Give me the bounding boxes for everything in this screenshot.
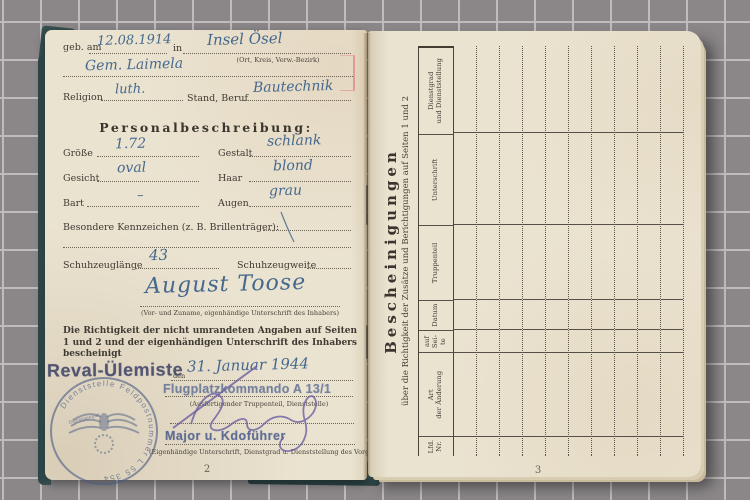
gesicht-label: Gesicht xyxy=(63,173,99,184)
table-empty-row xyxy=(661,46,684,456)
table-empty-cell xyxy=(569,329,591,352)
religion-value: luth. xyxy=(115,82,146,98)
table-empty-cell xyxy=(546,132,568,224)
beruf-value: Bautechnik xyxy=(253,78,334,96)
table-empty-cell xyxy=(523,224,545,299)
table-empty-cell xyxy=(454,132,476,224)
table-empty-cell xyxy=(638,329,660,352)
bescheinigungen-table: Lfd. Nr. Art der Änderung auf Sei- te Da… xyxy=(418,46,684,456)
haar-value: blond xyxy=(273,157,313,174)
table-empty-cell xyxy=(661,329,683,352)
table-empty-cell xyxy=(454,224,476,299)
table-empty-cell xyxy=(546,224,568,299)
table-empty-cell xyxy=(546,299,568,329)
table-empty-cell xyxy=(569,352,591,436)
in-label: in xyxy=(173,43,182,54)
table-empty-cell xyxy=(638,224,660,299)
certification-text: Die Richtigkeit der nicht umrandeten Ang… xyxy=(63,326,357,361)
bescheinigungen-subtitle: über die Richtigkeit der Zusätze und Ber… xyxy=(401,36,411,466)
table-empty-cell xyxy=(615,46,637,132)
table-empty-cell xyxy=(546,352,568,436)
religion-label: Religion xyxy=(63,92,103,103)
superior-signature-line xyxy=(170,411,354,424)
table-empty-cell xyxy=(615,436,637,456)
table-empty-cell xyxy=(638,436,660,456)
table-empty-cell xyxy=(661,299,683,329)
table-empty-cell xyxy=(592,352,614,436)
table-empty-cell xyxy=(500,224,522,299)
page-number-right: 3 xyxy=(518,465,558,476)
table-empty-cell xyxy=(638,132,660,224)
red-frame-mark xyxy=(340,55,355,91)
table-empty-cell xyxy=(477,299,499,329)
unit-caption: (Ausfertigender Truppenteil, Dienststell… xyxy=(173,400,345,408)
table-empty-cell xyxy=(661,224,683,299)
rotated-table-block: Bescheinigungen über die Richtigkeit der… xyxy=(381,36,691,466)
table-empty-cell xyxy=(523,299,545,329)
table-empty-cell xyxy=(477,46,499,132)
in-value: Insel Ösel xyxy=(207,29,283,49)
table-empty-cell xyxy=(477,224,499,299)
owner-signature: August Toose xyxy=(145,270,307,299)
geb-am-value: 12.08.1914 xyxy=(97,32,172,49)
table-empty-cell xyxy=(477,436,499,456)
table-empty-cell xyxy=(546,436,568,456)
stitch-thread-upper xyxy=(366,185,368,225)
unit-line xyxy=(165,382,353,397)
table-empty-cell xyxy=(500,352,522,436)
table-empty-cell xyxy=(569,132,591,224)
table-empty-cell xyxy=(477,132,499,224)
schuhlaenge-label: Schuhzeuglänge xyxy=(63,260,143,271)
table-empty-cell xyxy=(592,224,614,299)
table-empty-cell xyxy=(592,329,614,352)
table-empty-cell xyxy=(569,436,591,456)
bescheinigungen-title: Bescheinigungen xyxy=(382,36,400,466)
col-datum: Datum xyxy=(419,300,453,330)
table-empty-cell xyxy=(500,436,522,456)
page-number-left: 2 xyxy=(187,464,227,475)
table-header-row: Lfd. Nr. Art der Änderung auf Sei- te Da… xyxy=(418,46,454,456)
table-empty-cell xyxy=(615,329,637,352)
spine-fold xyxy=(363,33,371,479)
table-empty-cell xyxy=(615,132,637,224)
augen-label: Augen xyxy=(218,198,249,209)
table-empty-cell xyxy=(477,352,499,436)
gesicht-value: oval xyxy=(117,160,147,177)
table-empty-row xyxy=(592,46,615,456)
table-empty-cell xyxy=(546,46,568,132)
kennzeichen-line2 xyxy=(63,232,351,248)
table-empty-cell xyxy=(592,436,614,456)
table-empty-row xyxy=(454,46,477,456)
table-empty-row xyxy=(638,46,661,456)
groesse-line xyxy=(97,140,199,157)
owner-signature-caption: (Vor- und Zuname, eigenhändige Unterschr… xyxy=(140,309,340,317)
table-empty-row xyxy=(615,46,638,456)
col-unterschrift: Unterschrift xyxy=(419,134,453,226)
table-empty-cell xyxy=(454,436,476,456)
table-empty-row xyxy=(546,46,569,456)
table-empty-cell xyxy=(615,224,637,299)
table-empty-cell xyxy=(569,46,591,132)
schuhlaenge-line xyxy=(135,252,219,269)
table-empty-cell xyxy=(454,299,476,329)
col-dienstgrad: Dienstgrad und Dienststellung xyxy=(419,48,453,134)
table-empty-cell xyxy=(477,329,499,352)
table-empty-cell xyxy=(454,352,476,436)
table-empty-cell xyxy=(569,224,591,299)
schuhlaenge-value: 43 xyxy=(149,246,169,264)
round-service-stamp: Dienststelle Feldpostnummer L 55 354 Die… xyxy=(33,360,175,500)
table-empty-cell xyxy=(500,132,522,224)
table-empty-cell xyxy=(523,46,545,132)
col-art-der-aenderung: Art der Änderung xyxy=(419,353,453,437)
gemeinde-value: Gem. Laimela xyxy=(85,56,184,75)
bart-label: Bart xyxy=(63,198,84,209)
date-value: 31. Januar 1944 xyxy=(187,354,309,375)
groesse-label: Größe xyxy=(63,148,93,159)
col-auf-seite: auf Sei- te xyxy=(419,330,453,353)
wreath-abstract xyxy=(95,435,113,453)
table-empty-cell xyxy=(500,329,522,352)
photo-of-document-on-grid-mat: geb. am 12.08.1914 in Insel Ösel (Ort, K… xyxy=(0,0,750,500)
eagle-body-abstract xyxy=(99,413,109,431)
table-empty-cell xyxy=(523,132,545,224)
table-empty-cell xyxy=(661,46,683,132)
bescheinigung-rows xyxy=(454,46,684,456)
gestalt-label: Gestalt xyxy=(218,148,252,159)
table-empty-cell xyxy=(523,329,545,352)
table-empty-cell xyxy=(500,299,522,329)
table-empty-row xyxy=(569,46,592,456)
rank-caption: (Eigenhändige Unterschrift, Dienstgrad u… xyxy=(149,448,361,456)
table-empty-cell xyxy=(523,436,545,456)
schuhweite-line xyxy=(307,252,351,269)
table-empty-cell xyxy=(592,132,614,224)
table-empty-cell xyxy=(523,352,545,436)
table-empty-row xyxy=(523,46,546,456)
col-truppenteil: Truppenteil xyxy=(419,225,453,300)
table-empty-cell xyxy=(454,329,476,352)
table-empty-cell xyxy=(592,46,614,132)
table-empty-row xyxy=(477,46,500,456)
beruf-label: Stand, Beruf xyxy=(187,93,248,104)
table-empty-cell xyxy=(615,299,637,329)
table-empty-cell xyxy=(592,299,614,329)
col-lfd-nr: Lfd. Nr. xyxy=(419,436,453,456)
table-empty-row xyxy=(500,46,523,456)
table-empty-cell xyxy=(638,46,660,132)
table-empty-cell xyxy=(638,352,660,436)
table-empty-cell xyxy=(661,132,683,224)
table-empty-cell xyxy=(454,46,476,132)
bart-value: – xyxy=(137,188,144,203)
groesse-value: 1.72 xyxy=(115,136,147,153)
stitch-thread-lower xyxy=(366,325,368,359)
table-empty-cell xyxy=(661,436,683,456)
augen-value: grau xyxy=(269,183,302,200)
table-empty-cell xyxy=(638,299,660,329)
page-right: Bescheinigungen über die Richtigkeit der… xyxy=(368,31,701,477)
table-empty-cell xyxy=(500,46,522,132)
table-empty-cell xyxy=(569,299,591,329)
table-empty-cell xyxy=(661,352,683,436)
table-empty-cell xyxy=(546,329,568,352)
haar-label: Haar xyxy=(218,173,242,184)
gestalt-value: schlank xyxy=(267,132,322,149)
kennzeichen-line1 xyxy=(263,214,351,231)
rank-line xyxy=(165,432,355,445)
table-empty-cell xyxy=(615,352,637,436)
page-left: geb. am 12.08.1914 in Insel Ösel (Ort, K… xyxy=(45,30,367,480)
wehrpass-booklet: geb. am 12.08.1914 in Insel Ösel (Ort, K… xyxy=(38,25,730,493)
gesicht-line xyxy=(97,165,199,182)
